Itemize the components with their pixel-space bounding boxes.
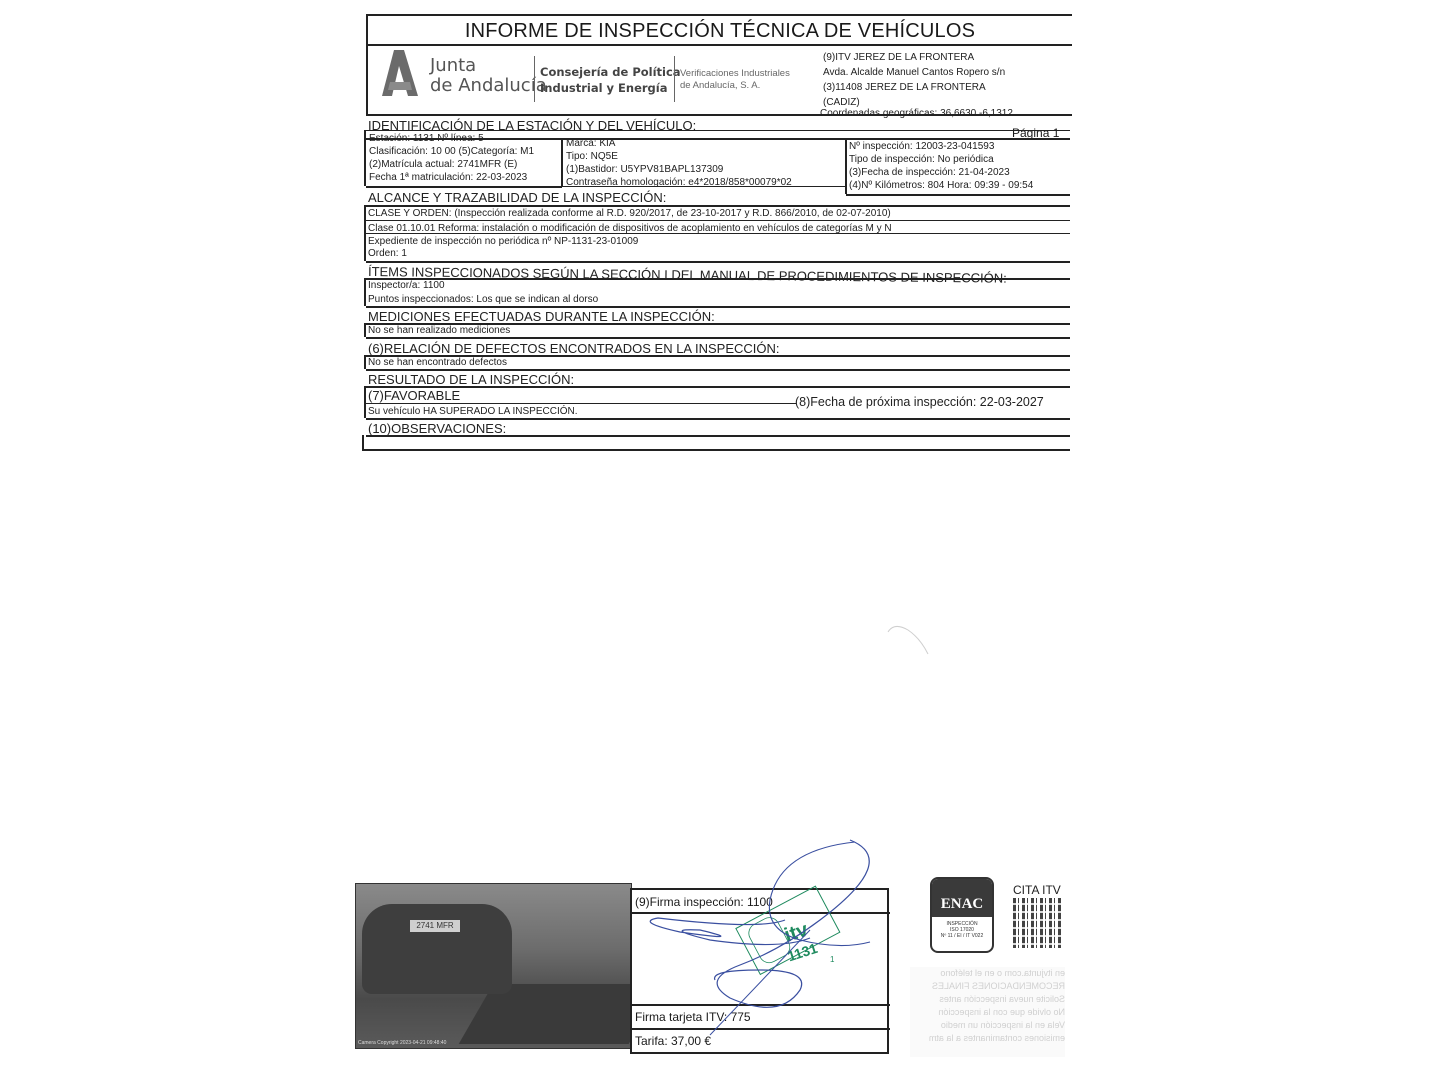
clase-orden: CLASE Y ORDEN: (Inspección realizada con…: [368, 208, 891, 220]
id-col-station: Estación: 1131 Nº línea: 5 Clasificación…: [369, 133, 534, 184]
divider: [846, 194, 1070, 196]
defectos-text: No se han encontrado defectos: [368, 357, 507, 369]
scope-title: ALCANCE Y TRAZABILIDAD DE LA INSPECCIÓN:: [368, 190, 666, 205]
verificaciones-name: Verificaciones Industriales de Andalucía…: [680, 68, 790, 92]
divider: [366, 233, 1070, 234]
mediciones-text: No se han realizado mediciones: [368, 325, 510, 337]
proxima-inspeccion: (8)Fecha de próxima inspección: 22-03-20…: [795, 395, 1044, 409]
header: Junta de Andalucía Consejería de Polític…: [366, 42, 1072, 116]
signature-stamp-icon: itv 1131 1: [640, 830, 900, 1040]
logo-text: Junta de Andalucía: [430, 56, 547, 96]
cita-itv-label: CITA ITV: [1013, 883, 1061, 897]
defectos-title: (6)RELACIÓN DE DEFECTOS ENCONTRADOS EN L…: [368, 341, 780, 356]
divider: [534, 56, 535, 102]
items-title: ÍTEMS INSPECCIONADOS SEGÚN LA SECCIÓN I …: [368, 264, 1007, 286]
mediciones-title: MEDICIONES EFECTUADAS DURANTE LA INSPECC…: [368, 309, 715, 324]
resultado-title: RESULTADO DE LA INSPECCIÓN:: [368, 372, 574, 387]
svg-text:1: 1: [830, 955, 835, 964]
vehicle-photo: 2741 MFR Camera Copyright 2023-04-21 09:…: [355, 883, 632, 1049]
divider: [364, 278, 366, 306]
divider: [364, 130, 366, 186]
divider: [366, 205, 1070, 207]
divider: [366, 403, 796, 404]
junta-andalucia-logo-icon: [380, 48, 420, 98]
vehicle-image: 2741 MFR: [362, 904, 512, 994]
divider: [366, 186, 562, 188]
station-address: (9)ITV JEREZ DE LA FRONTERA Avda. Alcald…: [823, 50, 1005, 110]
id-col-vehicle: Marca: KIA Tipo: NQ5E (1)Bastidor: U5YPV…: [566, 138, 792, 189]
enac-badge: ENAC INSPECCIÓN ISO 17020 Nº 11 / EI / I…: [930, 877, 994, 953]
consejeria-name: Consejería de Política Industrial y Ener…: [540, 64, 681, 96]
orden: Orden: 1: [368, 248, 407, 260]
coordinates: Coordenadas geográficas: 36,6630 -6,1312: [820, 108, 1013, 119]
enac-label: ENAC: [932, 879, 992, 917]
divider: [366, 435, 1070, 437]
divider: [366, 386, 1070, 388]
divider: [366, 220, 1070, 221]
divider: [366, 130, 1070, 131]
photo-caption: Camera Copyright 2023-04-21 09:48:40: [358, 1040, 446, 1046]
divider: [364, 323, 366, 337]
license-plate: 2741 MFR: [410, 920, 460, 932]
divider: [366, 369, 1070, 371]
resultado-value: (7)FAVORABLE: [368, 388, 460, 403]
divider: [366, 261, 1070, 263]
expediente: Expediente de inspección no periódica nº…: [368, 236, 638, 248]
bleed-through-text: en itvjunta.com o en el teléfono RECOMEN…: [910, 967, 1065, 1057]
stray-mark-icon: [884, 620, 934, 660]
enac-details: INSPECCIÓN ISO 17020 Nº 11 / EI / IT V02…: [932, 917, 992, 939]
divider: [366, 278, 1070, 280]
qr-code-icon[interactable]: [1013, 898, 1063, 948]
divider: [561, 138, 563, 186]
divider: [366, 418, 1070, 420]
resultado-mensaje: Su vehículo HA SUPERADO LA INSPECCIÓN.: [368, 406, 578, 418]
divider: [364, 355, 366, 369]
divider: [674, 56, 675, 102]
id-col-inspection: Nº inspección: 12003-23-041593 Tipo de i…: [849, 141, 1033, 192]
puntos: Puntos inspeccionados: Los que se indica…: [368, 294, 598, 306]
divider: [362, 449, 1070, 451]
divider: [366, 306, 1070, 308]
divider: [366, 337, 1070, 339]
inspector: Inspector/a: 1100: [368, 280, 445, 292]
divider: [364, 386, 366, 418]
observaciones-title: (10)OBSERVACIONES:: [368, 421, 506, 436]
